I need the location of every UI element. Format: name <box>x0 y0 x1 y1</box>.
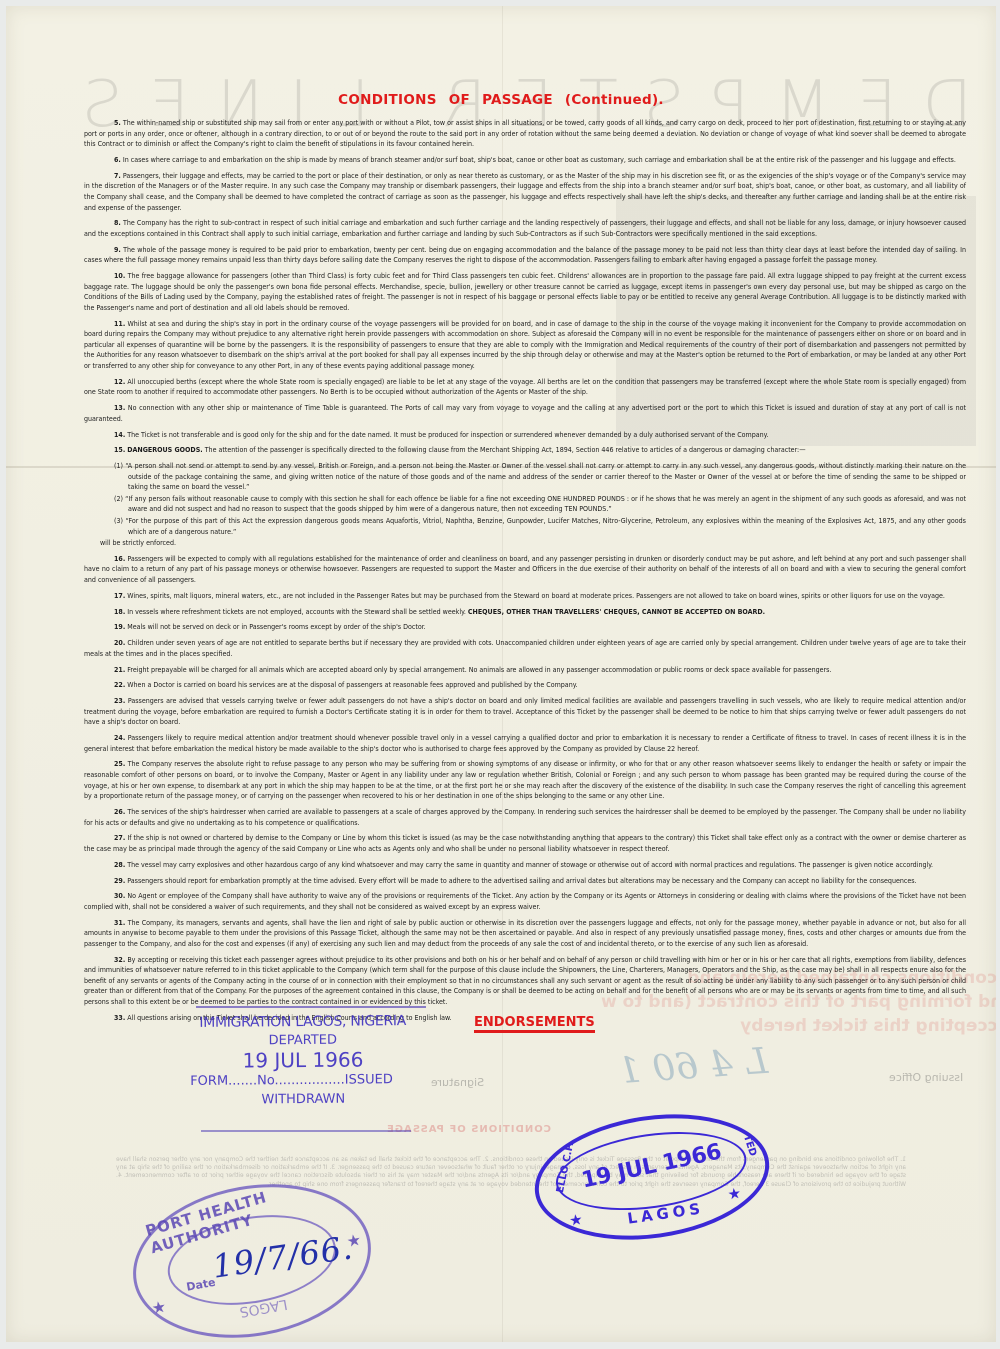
condition-clause: 30. No Agent or employee of the Company … <box>84 891 966 912</box>
condition-clause: 9. The whole of the passage money is req… <box>84 245 966 266</box>
condition-clause: 15. DANGEROUS GOODS. The attention of th… <box>84 445 966 456</box>
subsection-number: (1) <box>114 461 123 470</box>
subsection-text: “If any person fails without reasonable … <box>125 494 966 514</box>
condition-clause: 7. Passengers, their luggage and effects… <box>84 171 966 213</box>
star-icon: ★ <box>726 1184 742 1204</box>
clause-number: 23. <box>114 696 125 705</box>
condition-clause: 20. Children under seven years of age ar… <box>84 638 966 659</box>
condition-clause: 26. The services of the ship's hairdress… <box>84 807 966 828</box>
clause-text: The within-named ship or substituted shi… <box>84 118 966 148</box>
clause-subsection: (1) “A person shall not send or attempt … <box>114 461 966 493</box>
clause-text: The whole of the passage money is requir… <box>84 245 966 265</box>
clause-text: The attention of the passenger is specif… <box>205 445 806 454</box>
stamp-rule-top <box>196 1006 426 1008</box>
clause-enforced-note: will be strictly enforced. <box>100 538 966 549</box>
clause-number: 21. <box>114 665 125 674</box>
clause-text: By accepting or receiving this ticket ea… <box>84 955 966 1006</box>
clause-text: Whilst at sea and during the ship's stay… <box>84 319 966 370</box>
clause-number: 16. <box>114 554 125 563</box>
clause-text: The free baggage allowance for passenger… <box>84 271 966 312</box>
clause-text: Passengers will be expected to comply wi… <box>84 554 966 584</box>
clause-text: The Company reserves the absolute right … <box>84 759 966 800</box>
clause-text: No Agent or employee of the Company shal… <box>84 891 966 911</box>
clause-text: No connection with any other ship or mai… <box>84 403 966 423</box>
show-through-reverse-text: 1. The following conditions are binding … <box>116 1156 906 1189</box>
clause-text: Passengers, their luggage and effects, m… <box>84 171 966 212</box>
clause-number: 30. <box>114 891 125 900</box>
show-through-handwritten-ref: L 4 60 1 <box>617 1041 769 1092</box>
clause-number: 10. <box>114 271 125 280</box>
star-icon: ★ <box>150 1297 167 1318</box>
condition-clause: 5. The within-named ship or substituted … <box>84 118 966 150</box>
clause-number: 6. <box>114 155 121 164</box>
lagos-date-stamp: ELLO C.P. TED 19 JUL 1966 ★ ★ LAGOS <box>527 1100 778 1254</box>
clause-text: The vessel may carry explosives and othe… <box>127 860 933 869</box>
condition-clause: 23. Passengers are advised that vessels … <box>84 696 966 728</box>
condition-clause: 17. Wines, spirits, malt liquors, minera… <box>84 591 966 602</box>
clause-text: The Company, its managers, servants and … <box>84 918 966 948</box>
subsection-number: (3) <box>114 516 123 525</box>
title-word-passage: PASSAGE <box>482 92 553 108</box>
clause-subsection: (2) “If any person fails without reasona… <box>114 494 966 515</box>
show-through-signature-label: Signature <box>431 1076 484 1089</box>
clause-number: 25. <box>114 759 125 768</box>
condition-clause: 12. All unoccupied berths (except where … <box>84 377 966 398</box>
clause-number: 8. <box>114 218 121 227</box>
clause-number: 18. <box>114 607 125 616</box>
condition-clause: 11. Whilst at sea and during the ship's … <box>84 319 966 372</box>
clause-number: 12. <box>114 377 125 386</box>
condition-clause: 25. The Company reserves the absolute ri… <box>84 759 966 801</box>
clause-number: 15. <box>114 445 125 454</box>
clause-number: 17. <box>114 591 125 600</box>
clause-number: 5. <box>114 118 121 127</box>
stamp-withdrawn: WITHDRAWN <box>178 1091 428 1108</box>
show-through-issuing-office-label: Issuing Office <box>889 1071 963 1084</box>
clause-number: 28. <box>114 860 125 869</box>
condition-clause: 18. In vessels where refreshment tickets… <box>84 607 966 618</box>
clause-heading: DANGEROUS GOODS. <box>127 445 202 454</box>
clause-text: In vessels where refreshment tickets are… <box>127 607 466 616</box>
clause-number: 32. <box>114 955 125 964</box>
clause-number: 26. <box>114 807 125 816</box>
condition-clause: 19. Meals will not be served on deck or … <box>84 622 966 633</box>
subsection-text: “A person shall not send or attempt to s… <box>125 461 966 491</box>
endorsements-heading: ENDORSEMENTS <box>474 1015 595 1033</box>
clause-number: 20. <box>114 638 125 647</box>
clause-text: The Company has the right to sub-contrac… <box>84 218 966 238</box>
title-word-of: OF <box>449 92 470 108</box>
clause-text: Passengers are advised that vessels carr… <box>84 696 966 726</box>
clause-number: 13. <box>114 403 125 412</box>
page-title: CONDITIONSOFPASSAGE(Continued). <box>6 92 996 108</box>
clause-text: Passengers should report for embarkation… <box>127 876 916 885</box>
condition-clause: 32. By accepting or receiving this ticke… <box>84 955 966 1008</box>
clause-number: 31. <box>114 918 125 927</box>
clause-number: 29. <box>114 876 125 885</box>
enforced-text: will be strictly enforced. <box>100 538 176 547</box>
condition-clause: 22. When a Doctor is carried on board hi… <box>84 680 966 691</box>
clause-text: In cases where carriage to and embarkati… <box>123 155 956 164</box>
clause-number: 9. <box>114 245 121 254</box>
condition-clause: 28. The vessel may carry explosives and … <box>84 860 966 871</box>
clause-text: Children under seven years of age are no… <box>84 638 966 658</box>
clause-text: All unoccupied berths (except where the … <box>84 377 966 397</box>
clause-number: 14. <box>114 430 125 439</box>
condition-clause: 29. Passengers should report for embarka… <box>84 876 966 887</box>
clause-number: 22. <box>114 680 125 689</box>
condition-clause: 13. No connection with any other ship or… <box>84 403 966 424</box>
clause-number: 27. <box>114 833 125 842</box>
condition-clause: 16. Passengers will be expected to compl… <box>84 554 966 586</box>
condition-clause: 14. The Ticket is not transferable and i… <box>84 430 966 441</box>
stamp-immigration-office: IMMIGRATION LAGOS, NIGERIA <box>178 1013 428 1031</box>
clause-number: 11. <box>114 319 125 328</box>
clause-notice: CHEQUES, OTHER THAN TRAVELLERS' CHEQUES,… <box>468 607 765 616</box>
conditions-body: 5. The within-named ship or substituted … <box>84 118 966 1029</box>
condition-clause: 27. If the ship is not owned or chartere… <box>84 833 966 854</box>
clause-number: 19. <box>114 622 125 631</box>
title-word-conditions: CONDITIONS <box>338 92 437 108</box>
clause-text: Passengers likely to require medical att… <box>84 733 966 753</box>
condition-clause: 21. Freight prepayable will be charged f… <box>84 665 966 676</box>
immigration-departure-stamp: IMMIGRATION LAGOS, NIGERIA DEPARTED 19 J… <box>178 1013 429 1108</box>
clause-subsection: (3) “For the purpose of this part of thi… <box>114 516 966 537</box>
condition-clause: 8. The Company has the right to sub-cont… <box>84 218 966 239</box>
condition-clause: 31. The Company, its managers, servants … <box>84 918 966 950</box>
subsection-number: (2) <box>114 494 123 503</box>
title-suffix: (Continued). <box>565 92 664 108</box>
clause-number: 24. <box>114 733 125 742</box>
clause-text: Wines, spirits, malt liquors, mineral wa… <box>127 591 945 600</box>
clause-text: The Ticket is not transferable and is go… <box>127 430 768 439</box>
clause-text: Meals will not be served on deck or in P… <box>127 622 425 631</box>
condition-clause: 6. In cases where carriage to and embark… <box>84 155 966 166</box>
clause-text: If the ship is not owned or chartered by… <box>84 833 966 853</box>
stamp-rule-bottom <box>201 1130 411 1132</box>
subsection-text: “For the purpose of this part of this Ac… <box>125 516 966 536</box>
clause-number: 7. <box>114 171 121 180</box>
stamp-departure-date: 19 JUL 1966 <box>178 1047 428 1073</box>
stamp-form-issued: FORM.......No.................ISSUED <box>178 1072 428 1089</box>
clause-text: The services of the ship's hairdresser w… <box>84 807 966 827</box>
condition-clause: 24. Passengers likely to require medical… <box>84 733 966 754</box>
clause-text: Freight prepayable will be charged for a… <box>127 665 831 674</box>
star-icon: ★ <box>568 1210 584 1230</box>
ticket-reverse-page: ELDER DEMPSTER LINES Subject to the cond… <box>6 6 996 1342</box>
clause-number: 33. <box>114 1013 125 1022</box>
condition-clause: 10. The free baggage allowance for passe… <box>84 271 966 313</box>
clause-text: When a Doctor is carried on board his se… <box>127 680 577 689</box>
